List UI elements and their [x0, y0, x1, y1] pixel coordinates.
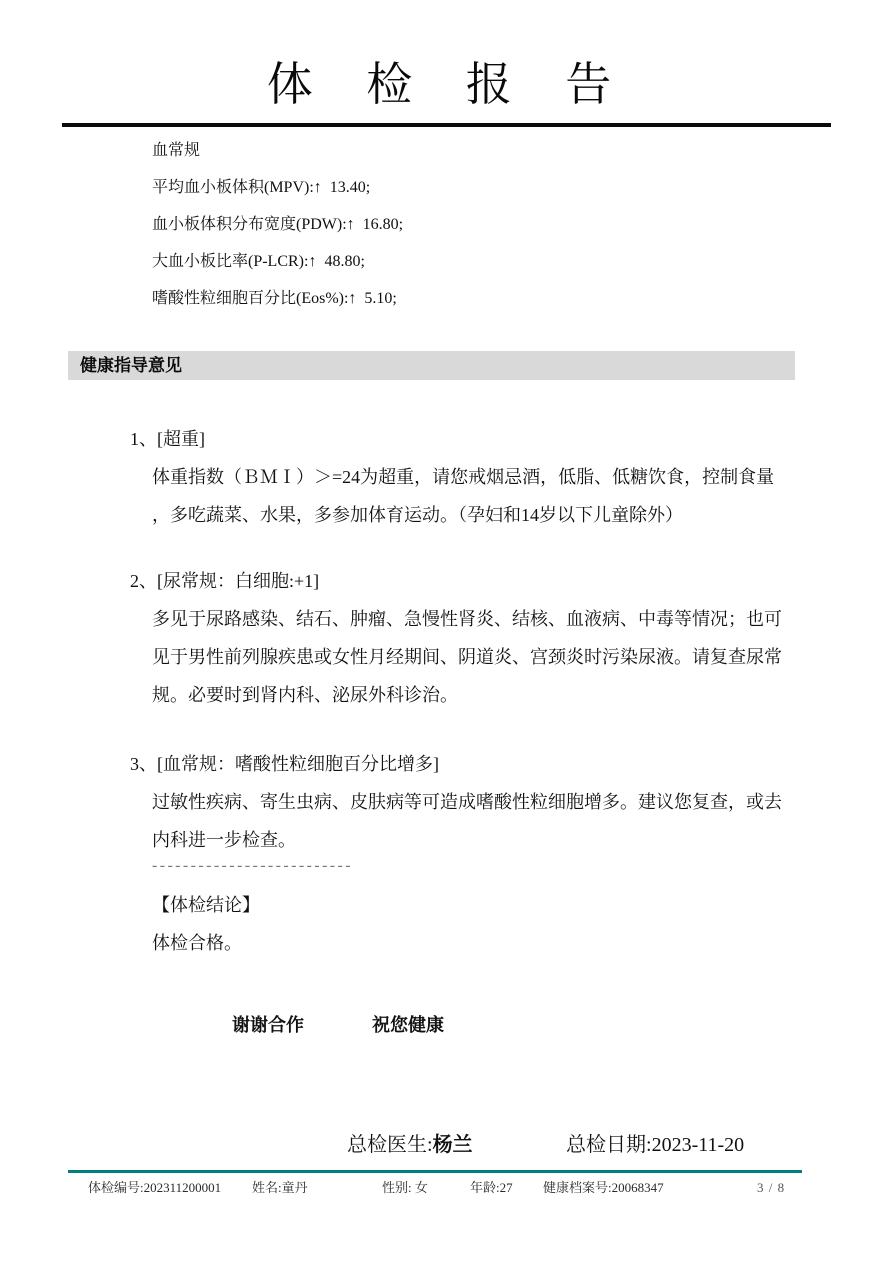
guidance-item-overweight: 1、[超重] 体重指数（ＢＭＩ）＞=24为超重，请您戒烟忌酒，低脂、低糖饮食，控…	[130, 420, 774, 534]
blood-routine-section: 血常规 平均血小板体积(MPV):↑ 13.40; 血小板体积分布宽度(PDW)…	[152, 132, 403, 317]
guidance-header-label: 健康指导意见	[68, 356, 182, 375]
thanks-text: 谢谢合作	[232, 1012, 304, 1038]
conclusion-section: 【体检结论】 体检合格。	[152, 886, 260, 962]
footer-gender: 性别: 女	[382, 1179, 428, 1197]
footer-record-number: 健康档案号:20068347	[543, 1179, 664, 1197]
wish-text: 祝您健康	[372, 1012, 444, 1038]
item-body-line: 过敏性疾病、寄生虫病、皮肤病等可造成嗜酸性粒细胞增多。建议您复查，或去	[152, 783, 782, 821]
item-title: [超重]	[157, 429, 205, 449]
footer-age: 年龄:27	[470, 1179, 513, 1197]
footer-divider	[68, 1170, 802, 1173]
lab-result-eos: 嗜酸性粒细胞百分比(Eos%):↑ 5.10;	[152, 280, 403, 317]
conclusion-text: 体检合格。	[152, 924, 260, 962]
date-value: 2023-11-20	[652, 1134, 745, 1156]
page-number: 3 / 8	[757, 1179, 785, 1197]
lab-result-pdw: 血小板体积分布宽度(PDW):↑ 16.80;	[152, 206, 403, 243]
footer: 体检编号:202311200001 姓名:童丹 性别: 女 年龄:27 健康档案…	[0, 1179, 892, 1197]
doctor-field: 总检医生:杨兰	[347, 1131, 473, 1159]
item-number: 1、	[130, 429, 157, 449]
item-body-line: 内科进一步检查。	[152, 821, 782, 859]
item-title: [尿常规：白细胞:+1]	[157, 571, 319, 591]
item-number: 2、	[130, 571, 157, 591]
closing-line: 谢谢合作 祝您健康	[0, 1012, 892, 1038]
lab-result-plcr: 大血小板比率(P-LCR):↑ 48.80;	[152, 243, 403, 280]
footer-patient-name: 姓名:童丹	[252, 1179, 308, 1197]
lab-result-mpv: 平均血小板体积(MPV):↑ 13.40;	[152, 169, 403, 206]
page-title: 体 检 报 告	[0, 48, 892, 114]
title-divider	[62, 123, 831, 127]
item-body-line: ，多吃蔬菜、水果，多参加体育运动。（孕妇和14岁以下儿童除外）	[152, 496, 774, 534]
report-page: 体 检 报 告 血常规 平均血小板体积(MPV):↑ 13.40; 血小板体积分…	[0, 0, 892, 1263]
date-field: 总检日期:2023-11-20	[566, 1131, 744, 1159]
item-body-line: 见于男性前列腺疾患或女性月经期间、阴道炎、宫颈炎时污染尿液。请复查尿常	[152, 638, 782, 676]
doctor-name: 杨兰	[433, 1134, 473, 1156]
item-number: 3、	[130, 754, 157, 774]
dashed-divider: --------------------------	[152, 856, 353, 876]
item-body-line: 规。必要时到肾内科、泌尿外科诊治。	[152, 676, 782, 714]
signature-line: 总检医生:杨兰 总检日期:2023-11-20	[0, 1131, 892, 1159]
guidance-header-bar: 健康指导意见	[68, 351, 795, 380]
item-body-line: 多见于尿路感染、结石、肿瘤、急慢性肾炎、结核、血液病、中毒等情况；也可	[152, 600, 782, 638]
doctor-label: 总检医生:	[347, 1134, 433, 1156]
date-label: 总检日期:	[566, 1134, 652, 1156]
guidance-item-urine: 2、[尿常规：白细胞:+1] 多见于尿路感染、结石、肿瘤、急慢性肾炎、结核、血液…	[130, 562, 782, 714]
conclusion-header: 【体检结论】	[152, 886, 260, 924]
guidance-item-eosinophil: 3、[血常规：嗜酸性粒细胞百分比增多] 过敏性疾病、寄生虫病、皮肤病等可造成嗜酸…	[130, 745, 782, 859]
blood-routine-label: 血常规	[152, 132, 403, 169]
item-body-line: 体重指数（ＢＭＩ）＞=24为超重，请您戒烟忌酒，低脂、低糖饮食，控制食量	[152, 458, 774, 496]
item-title: [血常规：嗜酸性粒细胞百分比增多]	[157, 754, 439, 774]
footer-exam-number: 体检编号:202311200001	[88, 1179, 221, 1197]
